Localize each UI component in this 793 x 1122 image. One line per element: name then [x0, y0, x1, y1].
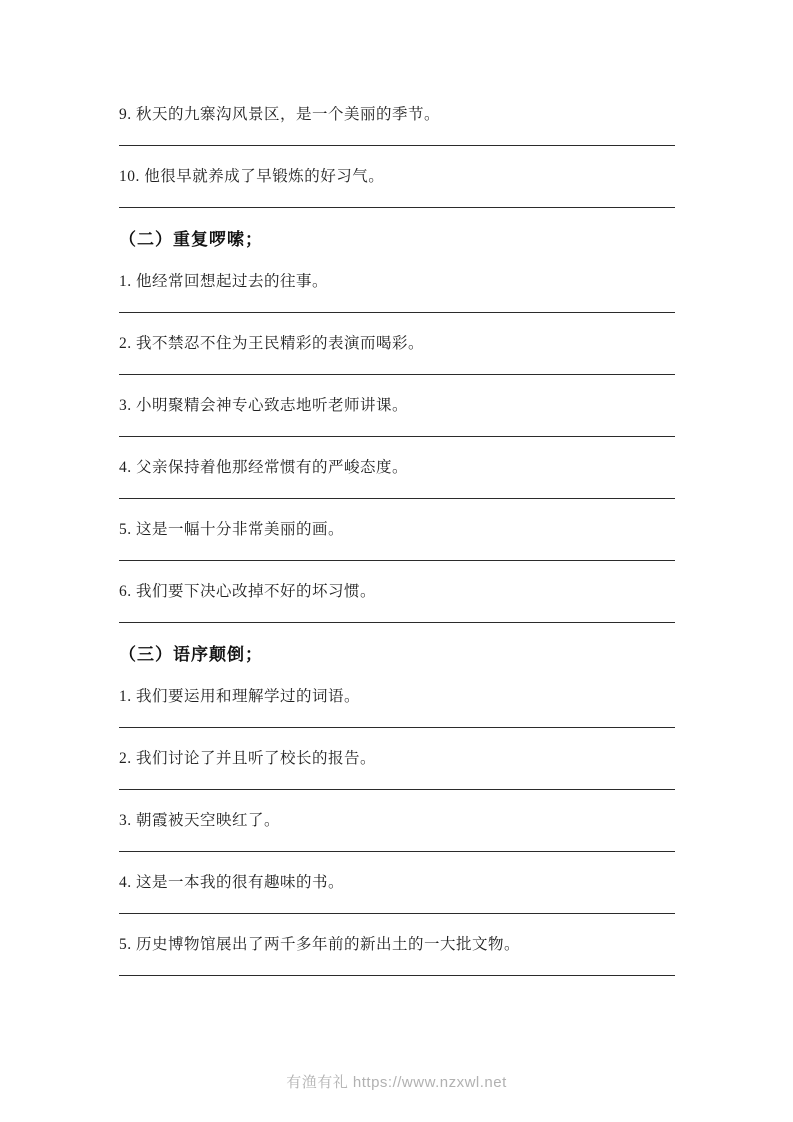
exercise-item: 10. 他很早就养成了早锻炼的好习气。	[119, 167, 675, 208]
sentence-text: 3. 朝霞被天空映红了。	[119, 811, 675, 830]
answer-blank-line	[119, 560, 675, 561]
answer-blank-line	[119, 145, 675, 146]
sentence-text: 6. 我们要下决心改掉不好的坏习惯。	[119, 582, 675, 601]
section-1: 9. 秋天的九寨沟风景区，是一个美丽的季节。 10. 他很早就养成了早锻炼的好习…	[119, 105, 675, 208]
exercise-item: 3. 小明聚精会神专心致志地听老师讲课。	[119, 396, 675, 437]
footer-watermark: 有渔有礼 https://www.nzxwl.net	[0, 1071, 793, 1092]
sentence-text: 1. 我们要运用和理解学过的词语。	[119, 687, 675, 706]
exercise-item: 6. 我们要下决心改掉不好的坏习惯。	[119, 582, 675, 623]
worksheet-page: 9. 秋天的九寨沟风景区，是一个美丽的季节。 10. 他很早就养成了早锻炼的好习…	[0, 0, 793, 1122]
sentence-text: 5. 这是一幅十分非常美丽的画。	[119, 520, 675, 539]
section-2: （二）重复啰嗦； 1. 他经常回想起过去的往事。 2. 我不禁忍不住为王民精彩的…	[119, 229, 675, 623]
sentence-text: 3. 小明聚精会神专心致志地听老师讲课。	[119, 396, 675, 415]
answer-blank-line	[119, 851, 675, 852]
answer-blank-line	[119, 789, 675, 790]
exercise-item: 9. 秋天的九寨沟风景区，是一个美丽的季节。	[119, 105, 675, 146]
sentence-text: 1. 他经常回想起过去的往事。	[119, 272, 675, 291]
answer-blank-line	[119, 436, 675, 437]
sentence-text: 10. 他很早就养成了早锻炼的好习气。	[119, 167, 675, 186]
answer-blank-line	[119, 374, 675, 375]
answer-blank-line	[119, 913, 675, 914]
exercise-item: 5. 历史博物馆展出了两千多年前的新出土的一大批文物。	[119, 935, 675, 976]
exercise-item: 1. 我们要运用和理解学过的词语。	[119, 687, 675, 728]
answer-blank-line	[119, 312, 675, 313]
exercise-item: 5. 这是一幅十分非常美丽的画。	[119, 520, 675, 561]
answer-blank-line	[119, 727, 675, 728]
sentence-text: 2. 我们讨论了并且听了校长的报告。	[119, 749, 675, 768]
section-heading: （二）重复啰嗦；	[119, 229, 675, 251]
answer-blank-line	[119, 498, 675, 499]
exercise-item: 3. 朝霞被天空映红了。	[119, 811, 675, 852]
sentence-text: 4. 父亲保持着他那经常惯有的严峻态度。	[119, 458, 675, 477]
section-3: （三）语序颠倒； 1. 我们要运用和理解学过的词语。 2. 我们讨论了并且听了校…	[119, 644, 675, 976]
sentence-text: 9. 秋天的九寨沟风景区，是一个美丽的季节。	[119, 105, 675, 124]
exercise-item: 2. 我们讨论了并且听了校长的报告。	[119, 749, 675, 790]
worksheet-content: 9. 秋天的九寨沟风景区，是一个美丽的季节。 10. 他很早就养成了早锻炼的好习…	[0, 0, 793, 976]
answer-blank-line	[119, 207, 675, 208]
sentence-text: 4. 这是一本我的很有趣味的书。	[119, 873, 675, 892]
sentence-text: 5. 历史博物馆展出了两千多年前的新出土的一大批文物。	[119, 935, 675, 954]
answer-blank-line	[119, 622, 675, 623]
answer-blank-line	[119, 975, 675, 976]
section-heading: （三）语序颠倒；	[119, 644, 675, 666]
exercise-item: 2. 我不禁忍不住为王民精彩的表演而喝彩。	[119, 334, 675, 375]
exercise-item: 4. 这是一本我的很有趣味的书。	[119, 873, 675, 914]
exercise-item: 4. 父亲保持着他那经常惯有的严峻态度。	[119, 458, 675, 499]
exercise-item: 1. 他经常回想起过去的往事。	[119, 272, 675, 313]
sentence-text: 2. 我不禁忍不住为王民精彩的表演而喝彩。	[119, 334, 675, 353]
